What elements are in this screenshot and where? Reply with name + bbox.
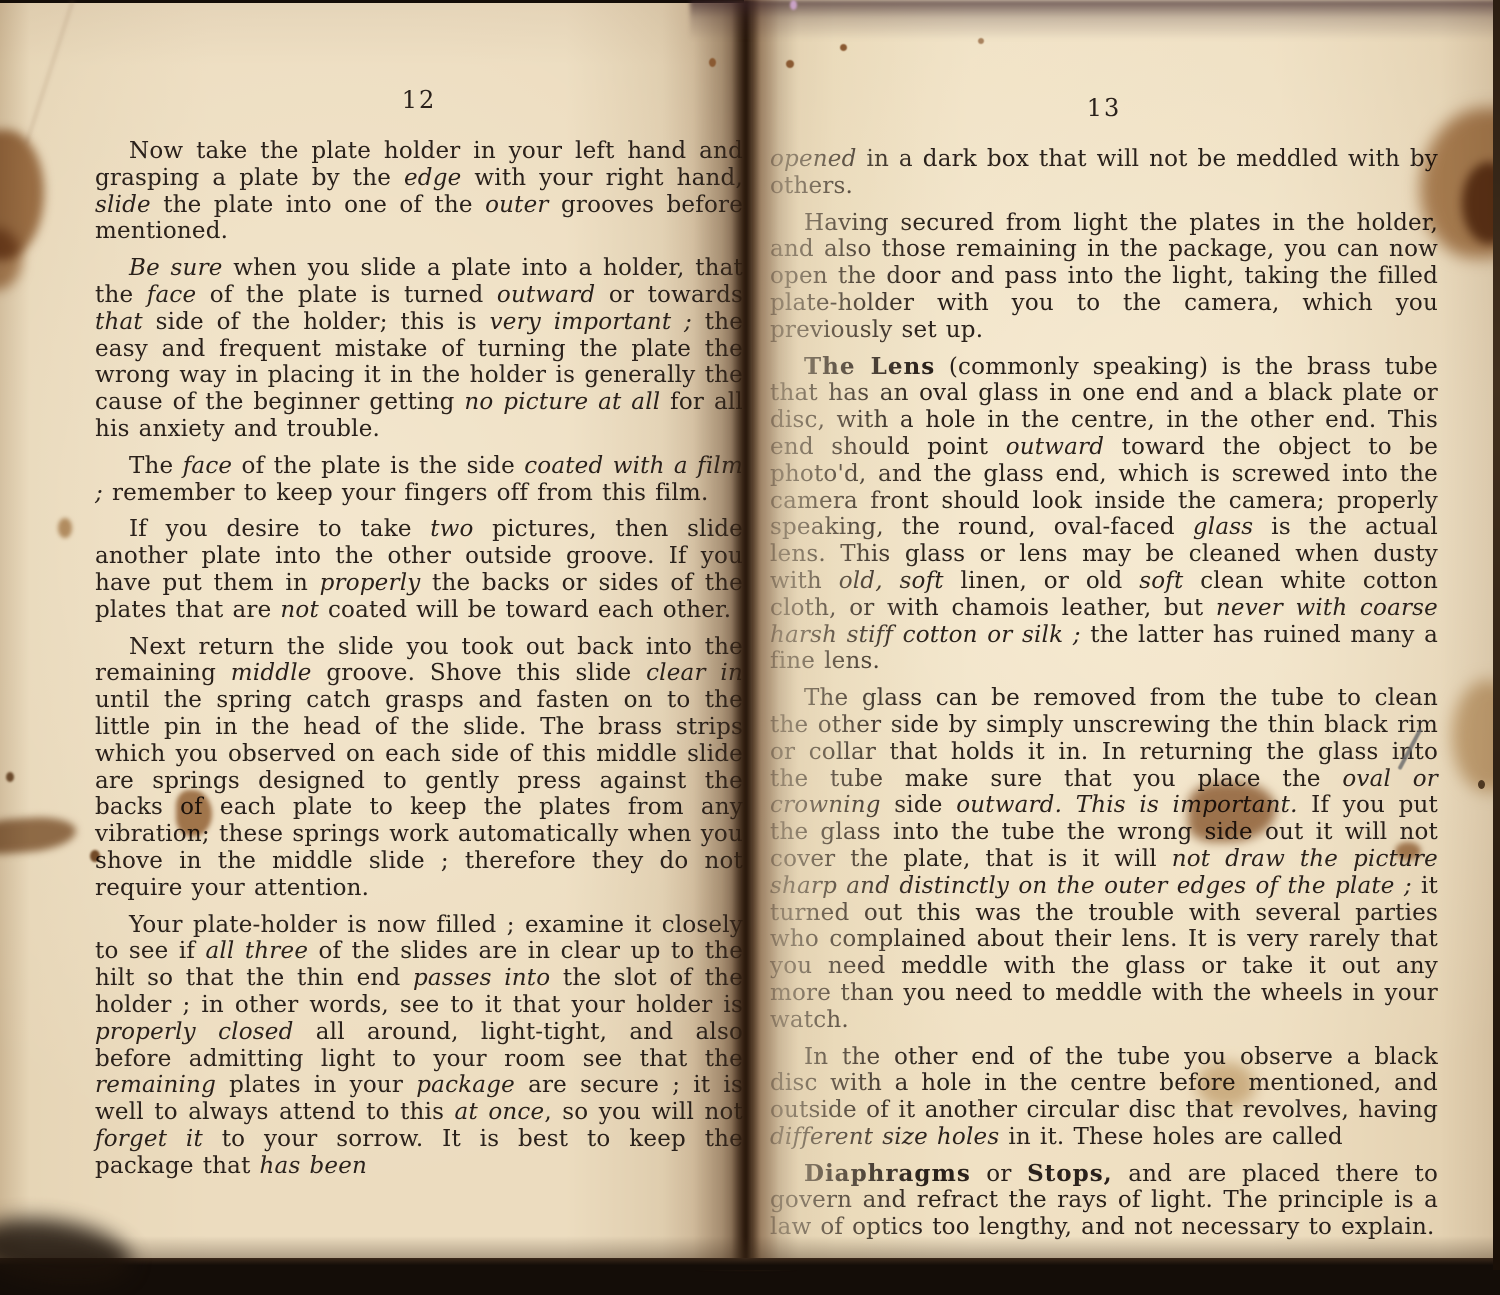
left-page-text: Now take the plate holder in your left h…: [95, 138, 743, 1179]
italic-text: passes into: [413, 965, 550, 991]
left-page-number: 12: [95, 86, 743, 114]
top-edge-shadow: [690, 0, 1500, 40]
italic-text: at once: [455, 1099, 545, 1125]
italic-text: all three: [205, 938, 308, 964]
speck: [786, 60, 794, 68]
body-text: the plate into one of the: [151, 192, 485, 218]
italic-text: glass: [1193, 514, 1253, 540]
italic-text: soft: [1139, 568, 1183, 594]
body-text: coated will be toward each other.: [319, 597, 731, 623]
body-text: plates in your: [216, 1072, 416, 1098]
body-text: groove. Shove this slide: [312, 660, 647, 686]
body-text: of the plate is the side: [232, 453, 524, 479]
italic-text: forget it: [95, 1126, 203, 1152]
italic-text: no picture at all: [464, 389, 660, 415]
italic-text: remaining: [95, 1072, 216, 1098]
speck: [840, 44, 847, 51]
speck: [1478, 780, 1485, 789]
stain: [58, 518, 72, 538]
scan-bottom-edge: [0, 1258, 1500, 1270]
paragraph: Be sure when you slide a plate into a ho…: [95, 255, 743, 443]
italic-text: package: [416, 1072, 515, 1098]
paragraph: The face of the plate is the side coated…: [95, 453, 743, 507]
speck: [6, 772, 14, 782]
paragraph: Now take the plate holder in your left h…: [95, 138, 743, 245]
italic-text: Be sure: [129, 255, 223, 281]
stain: [90, 850, 100, 862]
italic-text: outward: [497, 282, 595, 308]
italic-text: middle: [231, 660, 312, 686]
book-scan: 12 13 Now take the plate holder in your …: [0, 0, 1500, 1270]
body-text: side of the holder; this is: [143, 309, 490, 335]
paragraph: Your plate-holder is now filled ; examin…: [95, 912, 743, 1180]
italic-text: that: [95, 309, 143, 335]
italic-text: outward: [1006, 434, 1104, 460]
italic-text: properly closed: [95, 1019, 294, 1045]
paragraph: Next return the slide you took out back …: [95, 634, 743, 902]
paragraph: If you desire to take two pictures, then…: [95, 516, 743, 623]
italic-text: properly: [320, 570, 421, 596]
italic-text: has been: [260, 1153, 368, 1179]
bold-text: Stops,: [1027, 1160, 1113, 1187]
speck: [709, 58, 716, 67]
speck: [790, 0, 797, 10]
italic-text: outer: [485, 192, 549, 218]
body-text: remember to keep your fingers off from t…: [103, 480, 709, 506]
italic-text: two: [430, 516, 473, 542]
scan-right-edge: [1493, 0, 1500, 1270]
italic-text: slide: [95, 192, 151, 218]
speck: [978, 38, 984, 44]
body-text: linen, or old: [944, 568, 1139, 594]
italic-text: face: [147, 282, 197, 308]
body-text: or: [971, 1161, 1027, 1187]
italic-text: face: [183, 453, 233, 479]
body-text: The: [129, 453, 183, 479]
italic-text: not: [280, 597, 319, 623]
body-text: in it. These holes are called: [999, 1124, 1343, 1150]
italic-text: edge: [404, 165, 461, 191]
body-text: of the plate is turned: [196, 282, 497, 308]
stain: [1196, 1062, 1256, 1108]
book-gutter: [694, 0, 798, 1270]
body-text: If you desire to take: [129, 516, 430, 542]
italic-text: very important ;: [490, 309, 692, 335]
stain: [1395, 842, 1421, 860]
stain: [176, 790, 212, 836]
